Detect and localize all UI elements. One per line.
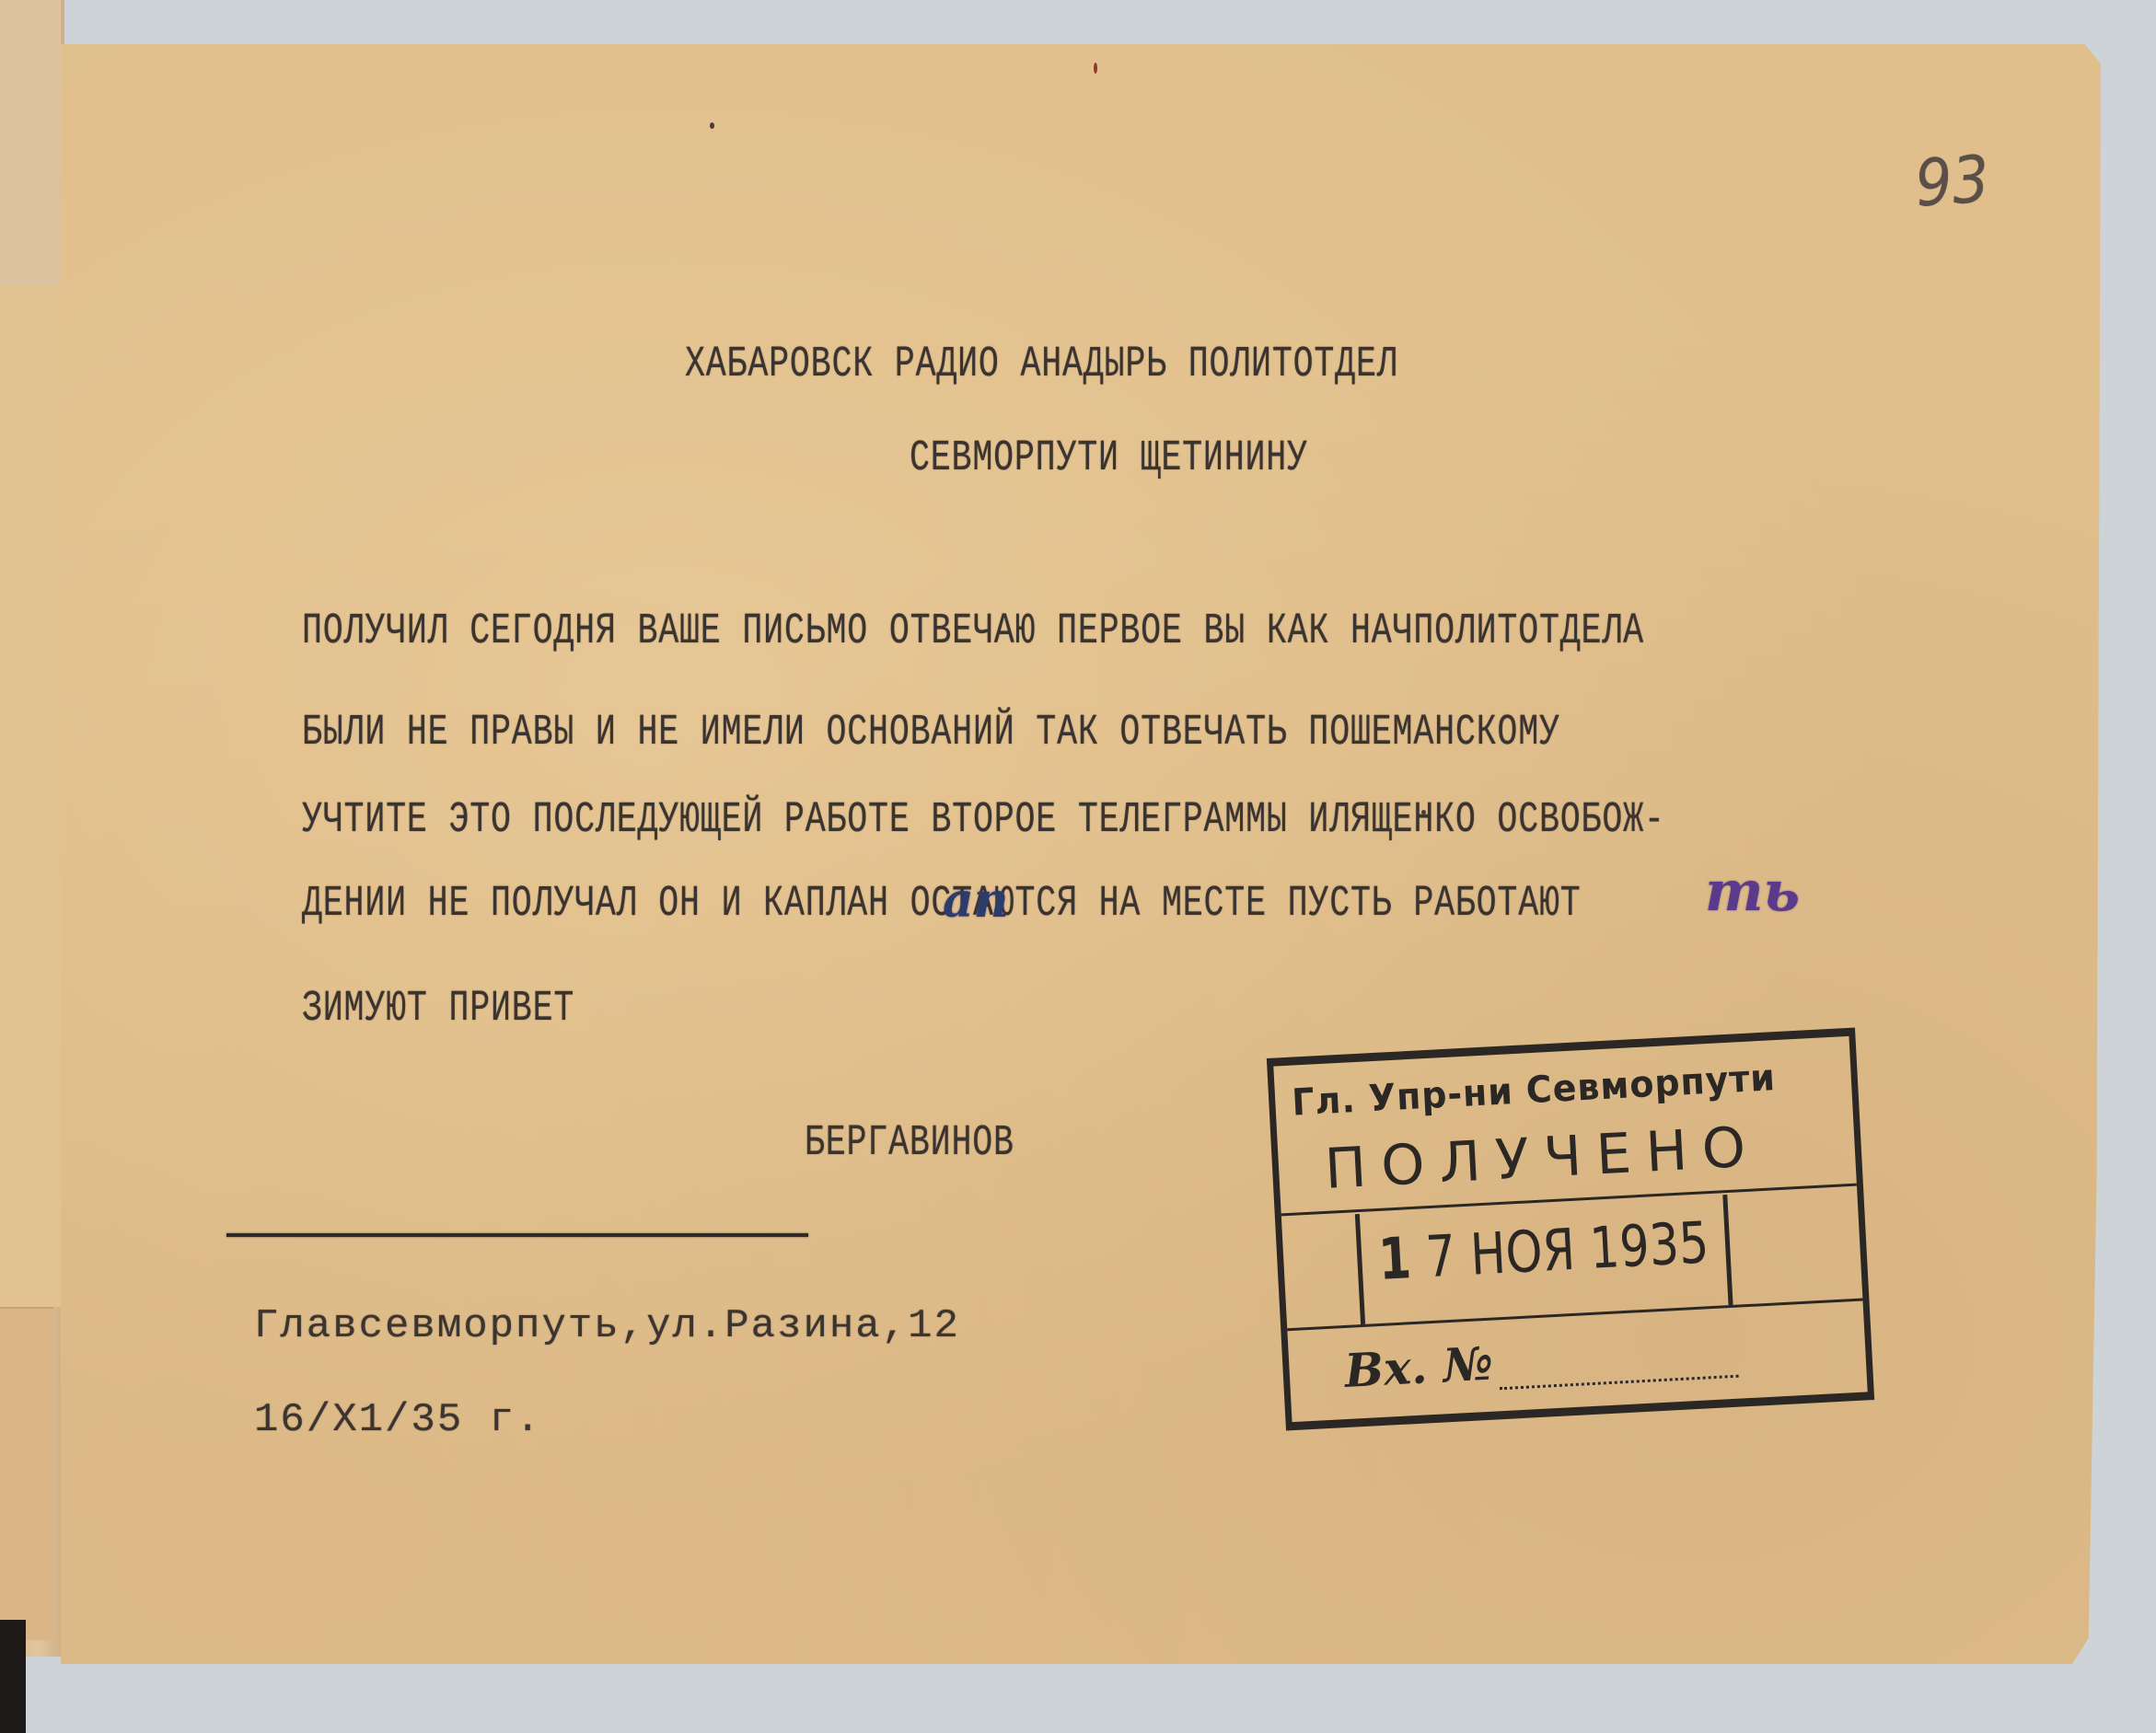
telegram-body-line: ЗИМУЮТ ПРИВЕТ: [302, 985, 574, 1034]
stamp-date-value: 7 НОЯ 1935: [1424, 1208, 1710, 1290]
document-date: 16/Х1/35 г.: [254, 1397, 541, 1443]
paper-speck: [1094, 63, 1097, 74]
handwritten-correction-kaplan: ап: [943, 872, 1009, 929]
telegram-sheet: 93 ХАБАРОВСК РАДИО АНАДЫРЬ ПОЛИТОТДЕЛ СЕ…: [61, 44, 2101, 1664]
handwritten-correction-pust: ть: [1705, 860, 1800, 924]
telegram-body-line: ПОЛУЧИЛ СЕГОДНЯ ВАШЕ ПИСЬМО ОТВЕЧАЮ ПЕРВ…: [302, 607, 1644, 656]
stamp-status: ПОЛУЧЕНО: [1323, 1115, 1761, 1202]
binding-shadow: [0, 1620, 26, 1733]
telegram-body-line: ДЕНИИ НЕ ПОЛУЧАЛ ОН И КАПЛАН ОСТАЮТСЯ НА…: [302, 880, 1582, 929]
stamp-date-box: 1 7 НОЯ 1935: [1355, 1195, 1733, 1324]
divider-rule: [226, 1233, 808, 1237]
stamp-incoming-blank: [1500, 1368, 1739, 1391]
sender-address: Главсевморпуть,ул.Разина,12: [254, 1303, 960, 1349]
binding-tab: [0, 1307, 53, 1640]
telegram-body-line: БЫЛИ НЕ ПРАВЫ И НЕ ИМЕЛИ ОСНОВАНИЙ ТАК О…: [302, 709, 1560, 757]
telegram-address-line-2: СЕВМОРПУТИ ЩЕТИНИНУ: [910, 434, 1308, 483]
stamp-incoming-label: Вх. №: [1343, 1336, 1494, 1398]
paper-speck: [710, 122, 714, 129]
binding-page-edge-top: [0, 0, 61, 285]
stamp-incoming-number: Вх. №: [1343, 1323, 1739, 1398]
stamp-date-prefix: 1: [1377, 1224, 1413, 1293]
stamp-organization: Гл. Упр-ни Севморпути: [1291, 1057, 1777, 1124]
paper-speck: [1421, 810, 1426, 815]
signature: БЕРГАВИНОВ: [805, 1119, 1014, 1168]
folio-number: 93: [1913, 141, 1992, 221]
telegram-address-line-1: ХАБАРОВСК РАДИО АНАДЫРЬ ПОЛИТОТДЕЛ: [685, 341, 1398, 389]
telegram-body-line: УЧТИТЕ ЭТО ПОСЛЕДУЮЩЕЙ РАБОТЕ ВТОРОЕ ТЕЛ…: [302, 796, 1665, 845]
stamp-date: 1 7 НОЯ 1935: [1377, 1208, 1711, 1293]
received-stamp: Гл. Упр-ни Севморпути ПОЛУЧЕНО 1 7 НОЯ 1…: [1267, 1028, 1874, 1431]
